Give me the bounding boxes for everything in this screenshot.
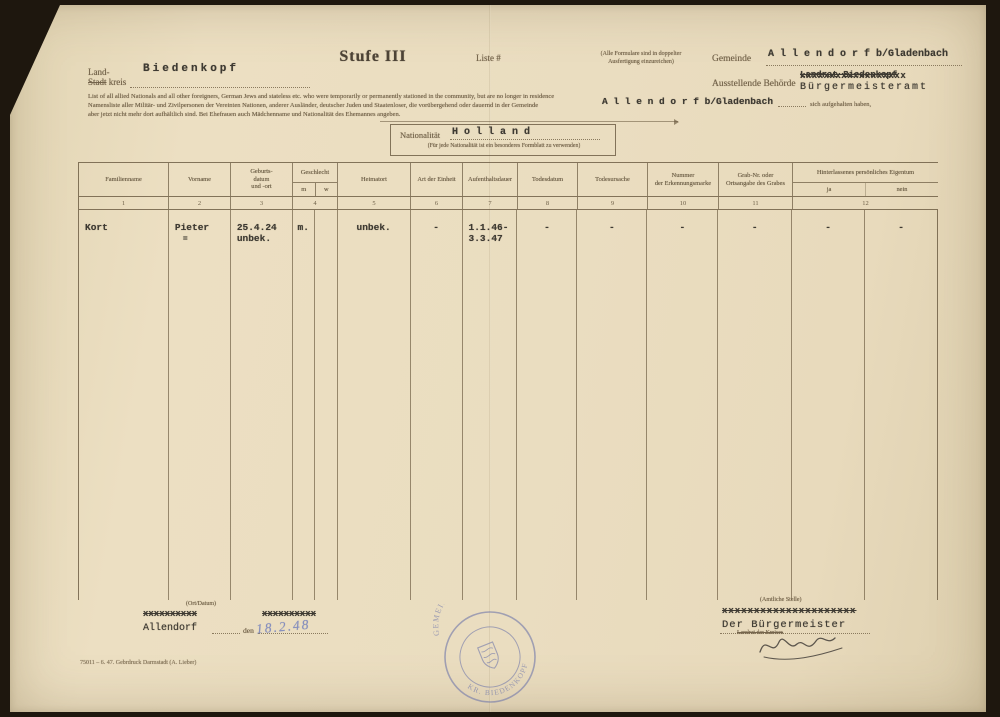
cell-geschlecht-m: m. [292,210,314,600]
stadt-struck-label: Stadt [88,77,107,87]
svg-text:GEMEINDE ALLENDORF: GEMEINDE ALLENDORF [432,604,518,638]
cell-vorname-ditto-mark: = [169,235,230,244]
col-header-geburtsdatum: Geburts- datum und -ort [230,163,292,196]
table-header-row: Familienname Vorname Geburts- datum und … [78,162,938,196]
intro-gemeinde-typed: A l l e n d o r f b/Gladenbach [602,96,773,107]
printer-code: 75011 – 6. 47. Gebrdruck Darmstadt (A. L… [80,660,196,666]
issuing-authority-typed-value: Bürgermeisteramt [800,82,928,93]
cell-todesdatum: - [516,210,576,600]
place-typed-value: Allendorf [143,623,197,634]
gemeinde-label: Gemeinde [712,54,751,64]
col-header-todesdatum: Todesdatum [517,163,577,196]
cell-heimatort: unbek. [337,210,410,600]
cell-geburtsdatum-ort: 25.4.24 unbek. [231,222,292,244]
registration-table: Familienname Vorname Geburts- datum und … [78,162,938,600]
scanned-form-page: Stufe III Liste # (Alle Formulare sind i… [0,0,1000,717]
cell-geschlecht-w [314,210,337,600]
gemeinde-typed-value: A l l e n d o r f b/Gladenbach [768,49,948,60]
cell-grab: - [717,210,791,600]
col-header-todesursache: Todesursache [577,163,647,196]
col-header-aufenthaltsdauer: Aufenthaltsdauer [462,163,517,196]
sub-header-m: m [293,183,315,196]
place-fill-line [212,633,240,634]
cell-eigentum-nein: - [864,210,937,600]
struck-office-entry: xxxxxxxxxxxxxxxxxxxxx [722,606,856,616]
cell-eigentum-ja: - [791,210,864,600]
den-label: den [243,626,254,635]
intro-fill-dots [778,106,806,107]
issuing-authority-struck-value: Landrat Biedenkopfxxxxxxxxxxxxxxxxxx [800,70,897,80]
cell-vorname: Pieter [169,222,230,233]
table-data-row: Kort Pieter= 25.4.24 unbek. m. unbek. - … [78,210,938,600]
struck-place-entry: xxxxxxxxxx [143,609,197,619]
nationality-fill-line [450,139,600,140]
sub-header-w: w [315,183,338,196]
table-column-numbers-row: 1 2 3 4 5 6 7 8 9 10 11 12 [78,196,938,210]
cell-art-der-einheit: - [410,210,462,600]
typewriter-x-overstrike: xxxxxxxxxxxxxxxxxx [800,71,906,81]
form-grade-title: Stufe III [308,48,438,66]
col-header-heimatort: Heimatort [337,163,410,196]
col-header-art-der-einheit: Art der Einheit [410,163,462,196]
kreis-typed-value: Biedenkopf [143,63,239,75]
intro-line-instructions: aber jetzt nicht mehr dort aufhältlich s… [88,111,508,120]
col-header-geschlecht: Geschlecht mw [292,163,337,196]
cell-familienname: Kort [79,222,168,233]
stamp-crest-shield [478,642,502,671]
col-header-eigentum: Hinterlassenes persönliches Eigentum jan… [792,163,938,196]
nationality-typed-value: H o l l a n d [452,127,530,138]
kreis-label: kreis [109,77,127,87]
pointer-line-to-nationality [380,121,678,122]
col-header-familienname: Familienname [78,163,168,196]
cell-erkennungsmarke: - [646,210,717,600]
col-header-erkennungsmarke: Nummer der Erkennungsmarke [647,163,718,196]
intro-line-suffix: sich aufgehalten haben, [810,101,871,110]
intro-line-english: List of all allied Nationals and all oth… [88,93,688,102]
place-date-label: (Ort/Datum) [186,601,216,609]
landkreis-label-top: Land- [88,67,110,77]
nationality-label: Nationalität [400,130,440,140]
kreis-label-row: Stadt kreis [88,77,126,87]
intro-line-german: Namensliste aller Militär- und Zivilpers… [88,102,608,111]
sub-header-ja: ja [793,183,865,196]
cell-aufenthaltsdauer: 1.1.46- 3.3.47 [463,222,517,244]
col-header-grab: Grab-Nr. oder Ortsangabe des Grabes [718,163,792,196]
official-office-label: (Amtliche Stelle) [760,597,802,605]
gemeinde-fill-line [766,65,962,66]
official-round-stamp: GEMEINDE ALLENDORF KR. BIEDENKOPF [432,604,548,710]
list-number-label: Liste # [476,53,501,63]
kreis-fill-line [130,87,310,88]
stamp-top-arc-text: GEMEINDE ALLENDORF [432,604,518,638]
sub-header-nein: nein [865,183,938,196]
col-header-vorname: Vorname [168,163,230,196]
signature-ink [752,630,852,664]
copies-note: (Alle Formulare sind in doppelter Ausfer… [586,51,696,66]
issuing-authority-label: Ausstellende Behörde [712,79,796,89]
cell-todesursache: - [576,210,646,600]
nationality-note: (Für jede Nationalität ist ein besondere… [399,143,609,149]
